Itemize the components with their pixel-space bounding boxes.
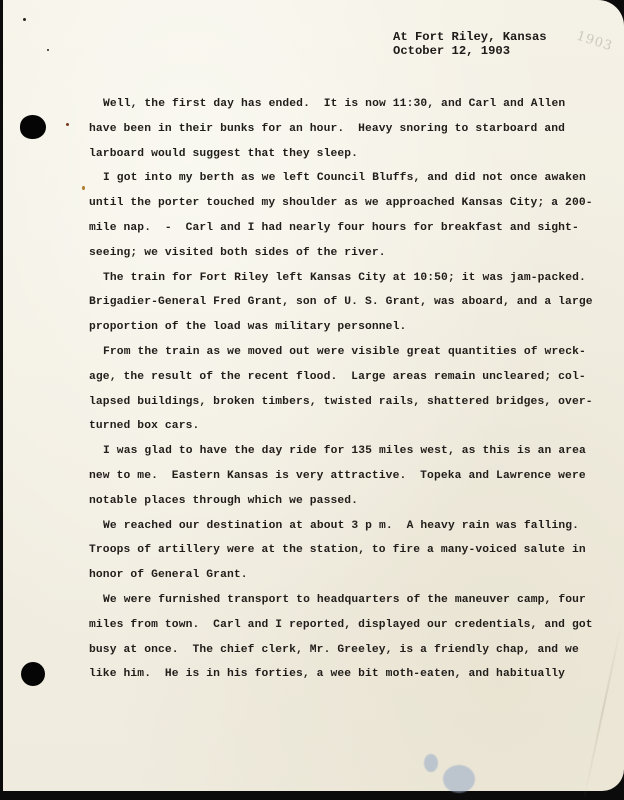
paragraph-5: I was glad to have the day ride for 135 … [89,439,609,513]
text-line: turned box cars. [89,414,609,439]
text-line: I was glad to have the day ride for 135 … [89,439,609,464]
water-stain [443,765,475,793]
text-line: Troops of artillery were at the station,… [89,538,609,563]
text-line: busy at once. The chief clerk, Mr. Greel… [89,638,609,663]
document-scan: 1903 At Fort Riley, Kansas October 12, 1… [0,0,624,800]
text-line: proportion of the load was military pers… [89,315,609,340]
letter-body: Well, the first day has ended. It is now… [89,92,609,687]
paragraph-6: We reached our destination at about 3 p … [89,514,609,588]
text-line: have been in their bunks for an hour. He… [89,117,609,142]
pencil-annotation: 1903 [575,29,615,55]
text-line: I got into my berth as we left Council B… [89,166,609,191]
paragraph-7: We were furnished transport to headquart… [89,588,609,687]
text-line: larboard would suggest that they sleep. [89,142,609,167]
paragraph-3: The train for Fort Riley left Kansas Cit… [89,266,609,340]
dateline: At Fort Riley, Kansas October 12, 1903 [393,30,547,58]
text-line: lapsed buildings, broken timbers, twiste… [89,390,609,415]
paper-speck [66,123,69,126]
text-line: miles from town. Carl and I reported, di… [89,613,609,638]
paper-sheet: 1903 At Fort Riley, Kansas October 12, 1… [3,0,624,791]
paragraph-2: I got into my berth as we left Council B… [89,166,609,265]
text-line: age, the result of the recent flood. Lar… [89,365,609,390]
text-line: mile nap. - Carl and I had nearly four h… [89,216,609,241]
text-line: The train for Fort Riley left Kansas Cit… [89,266,609,291]
text-line: Well, the first day has ended. It is now… [89,92,609,117]
text-line: seeing; we visited both sides of the riv… [89,241,609,266]
text-line: honor of General Grant. [89,563,609,588]
text-line: Brigadier-General Fred Grant, son of U. … [89,290,609,315]
water-stain [424,754,438,772]
text-line: notable places through which we passed. [89,489,609,514]
paragraph-4: From the train as we moved out were visi… [89,340,609,439]
paper-speck [82,186,85,190]
text-line: until the porter touched my shoulder as … [89,191,609,216]
text-line: From the train as we moved out were visi… [89,340,609,365]
dateline-date: October 12, 1903 [393,44,510,58]
text-line: new to me. Eastern Kansas is very attrac… [89,464,609,489]
paragraph-1: Well, the first day has ended. It is now… [89,92,609,166]
text-line: We reached our destination at about 3 p … [89,514,609,539]
text-line: We were furnished transport to headquart… [89,588,609,613]
dateline-place: At Fort Riley, Kansas [393,30,547,44]
paper-speck [47,49,49,51]
punch-hole-bottom [21,662,45,686]
text-line: like him. He is in his forties, a wee bi… [89,662,609,687]
punch-hole-top [20,115,46,139]
paper-speck [23,18,26,21]
